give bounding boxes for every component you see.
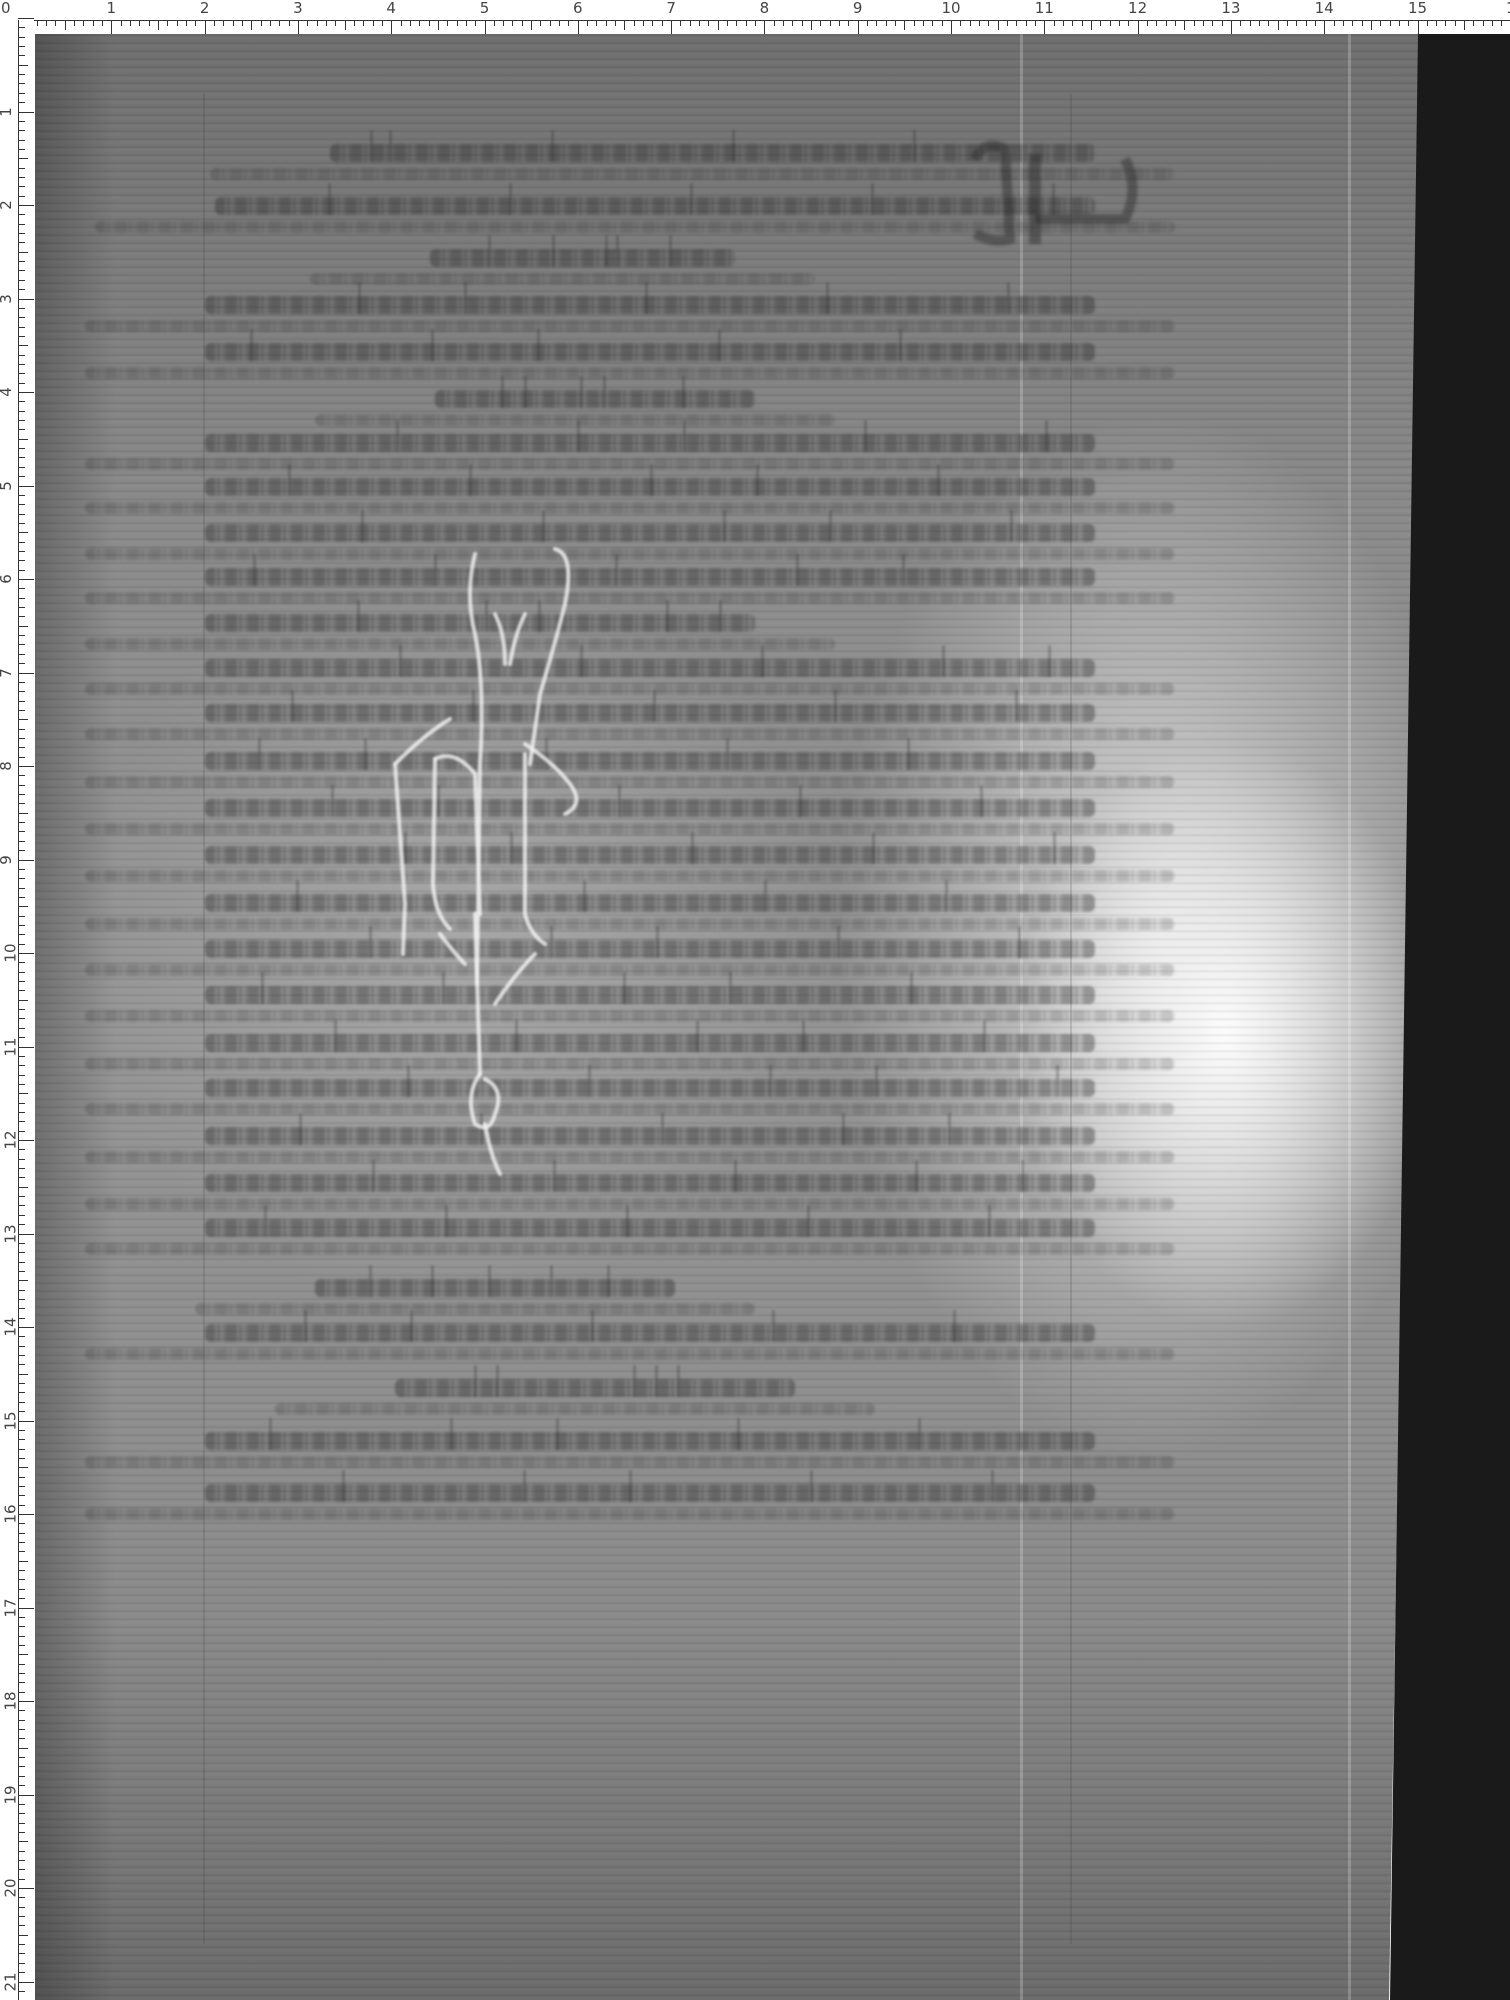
ascender-stroke: [937, 464, 940, 496]
ruler-tick: [158, 20, 159, 30]
ruler-label: 9: [853, 0, 863, 16]
ascender-stroke: [331, 785, 334, 817]
ruler-tick: [18, 1280, 28, 1281]
ruler-tick: [18, 925, 25, 926]
ruler-tick: [1082, 20, 1083, 26]
ruler-tick: [18, 1121, 25, 1122]
ascender-stroke: [253, 554, 256, 586]
ruler-tick: [979, 20, 980, 26]
ruler-tick: [18, 345, 28, 346]
ascender-stroke: [361, 510, 364, 542]
ruler-tick: [18, 420, 25, 421]
ruler-tick: [1464, 20, 1465, 30]
ruler-label: 15: [1408, 0, 1427, 16]
ascender-stroke: [501, 376, 504, 408]
ruler-tick: [18, 1355, 25, 1356]
ruler-tick: [485, 20, 486, 34]
ruler-label: 3: [293, 0, 303, 16]
show-through-text-line: [205, 1034, 1095, 1052]
ruler-tick: [18, 616, 25, 617]
ruler-label: 2: [200, 0, 210, 16]
top-ruler: 01234567891011121314151: [0, 0, 1510, 34]
ruler-tick: [457, 20, 458, 26]
ruler-tick: [18, 682, 25, 683]
ruler-tick: [18, 280, 25, 281]
ruler-tick: [18, 1299, 25, 1300]
ruler-tick: [18, 196, 25, 197]
show-through-text-line: [205, 940, 1095, 958]
ascender-stroke: [653, 690, 656, 722]
ascender-stroke: [431, 329, 434, 361]
ruler-tick: [18, 757, 25, 758]
ascender-stroke: [691, 832, 694, 864]
hand-with-flower-watermark: [365, 534, 645, 1294]
ruler-tick: [18, 644, 25, 645]
ruler-tick: [18, 598, 25, 599]
ruler-tick: [18, 916, 25, 917]
ruler-tick: [18, 1925, 25, 1926]
ascender-stroke: [1045, 420, 1048, 452]
faint-text-line: [315, 414, 835, 426]
ruler-tick: [18, 1766, 25, 1767]
ruler-label: 15: [3, 1411, 19, 1430]
faint-text-line: [85, 458, 1175, 470]
ascender-stroke: [258, 738, 261, 770]
ascender-stroke: [666, 600, 669, 632]
ascender-stroke: [983, 1020, 986, 1052]
ruler-tick: [18, 1841, 28, 1842]
ruler-tick: [522, 20, 523, 26]
ascender-stroke: [580, 376, 583, 408]
ruler-tick: [615, 20, 616, 26]
ruler-tick: [1119, 20, 1120, 26]
ruler-tick: [18, 205, 34, 206]
ruler-tick: [18, 1561, 28, 1562]
ascender-stroke: [807, 1205, 810, 1237]
ruler-tick: [1399, 20, 1400, 26]
ruler-label: 11: [3, 1037, 19, 1056]
show-through-text-line: [205, 568, 1095, 586]
ascender-stroke: [732, 130, 735, 162]
ruler-tick: [914, 20, 915, 26]
ruler-tick: [1334, 20, 1335, 26]
ruler-tick: [317, 20, 318, 26]
ruler-tick: [37, 20, 38, 26]
ruler-tick: [130, 20, 131, 26]
ruler-tick: [18, 18, 34, 19]
ruler-tick: [18, 1009, 25, 1010]
ruler-tick: [18, 327, 25, 328]
ruler-label: 3: [0, 294, 14, 304]
ruler-tick: [671, 20, 672, 34]
ruler-tick: [18, 1579, 25, 1580]
ruler-tick: [401, 20, 402, 26]
ruler-tick: [18, 1832, 25, 1833]
faint-text-line: [85, 1456, 1175, 1468]
ascender-stroke: [902, 554, 905, 586]
ruler-label: 4: [386, 0, 396, 16]
ruler-tick: [18, 252, 28, 253]
ruler-tick: [18, 1093, 28, 1094]
ruler-tick: [578, 20, 579, 34]
ruler-tick: [55, 20, 56, 26]
ascender-stroke: [496, 1365, 499, 1397]
ascender-stroke: [991, 1470, 994, 1502]
ascender-stroke: [761, 645, 764, 677]
ruler-tick: [718, 20, 719, 30]
ruler-tick: [904, 20, 905, 30]
ruler-tick: [18, 495, 25, 496]
ascender-stroke: [1048, 645, 1051, 677]
ruler-tick: [839, 20, 840, 26]
ascender-stroke: [837, 926, 840, 958]
ruler-tick: [18, 1533, 25, 1534]
faint-text-line: [85, 1348, 1175, 1360]
ruler-tick: [1250, 20, 1251, 26]
ruler-tick: [438, 20, 439, 30]
ruler-tick: [830, 20, 831, 26]
ruler-tick: [18, 719, 28, 720]
ruler-tick: [18, 673, 34, 674]
ruler-tick: [195, 20, 196, 26]
ascender-stroke: [945, 880, 948, 912]
show-through-text-line: [205, 1127, 1095, 1145]
ruler-tick: [18, 1486, 25, 1487]
ascender-stroke: [834, 690, 837, 722]
ruler-tick: [18, 1953, 25, 1954]
ruler-tick: [503, 20, 504, 26]
ruler-tick: [708, 20, 709, 26]
ruler-tick: [298, 20, 299, 34]
ruler-tick: [18, 1869, 25, 1870]
ruler-tick: [18, 1795, 34, 1796]
ruler-tick: [279, 20, 280, 26]
initial-capital: [955, 129, 1145, 279]
ruler-tick: [18, 785, 25, 786]
ruler-tick: [261, 20, 262, 26]
ruler-tick: [18, 1664, 25, 1665]
ruler-tick: [802, 20, 803, 26]
ruler-tick: [531, 20, 532, 30]
ruler-tick: [1501, 20, 1502, 26]
ruler-tick: [942, 20, 943, 26]
ruler-tick: [18, 476, 25, 477]
ruler-tick: [18, 1392, 25, 1393]
ruler-tick: [18, 729, 25, 730]
ascender-stroke: [1018, 926, 1021, 958]
ruler-tick: [1240, 20, 1241, 26]
ruler-tick: [18, 1000, 28, 1001]
ascender-stroke: [796, 554, 799, 586]
ruler-tick: [18, 448, 25, 449]
show-through-text-line: [205, 1432, 1095, 1450]
ruler-tick: [93, 20, 94, 26]
ruler-tick: [774, 20, 775, 26]
ruler-tick: [18, 803, 25, 804]
ruler-tick: [764, 20, 765, 34]
ruler-tick: [988, 20, 989, 26]
show-through-text-line: [205, 343, 1095, 361]
ruler-tick: [18, 336, 25, 337]
ascender-stroke: [942, 645, 945, 677]
ascender-stroke: [357, 600, 360, 632]
ruler-tick: [429, 20, 430, 26]
ruler-tick: [18, 906, 28, 907]
ascender-stroke: [556, 1418, 559, 1450]
ruler-tick: [18, 1888, 34, 1889]
ruler-tick: [18, 37, 25, 38]
chain-line: [1348, 34, 1351, 2000]
ruler-tick: [18, 65, 28, 66]
ruler-tick: [18, 1018, 25, 1019]
scanner-background-strip: [1390, 34, 1510, 2000]
show-through-text-line: [205, 296, 1095, 314]
ruler-label: 13: [1221, 0, 1240, 16]
ruler-tick: [18, 1654, 28, 1655]
ascender-stroke: [1053, 832, 1056, 864]
ruler-tick: [18, 140, 25, 141]
ruler-tick: [18, 775, 25, 776]
ruler-tick: [18, 1720, 25, 1721]
ruler-tick: [932, 20, 933, 26]
ruler-tick: [1492, 20, 1493, 26]
ascender-stroke: [683, 420, 686, 452]
ruler-tick: [382, 20, 383, 26]
ruler-tick: [65, 20, 66, 30]
ruler-tick: [1278, 20, 1279, 30]
ruler-tick: [1026, 20, 1027, 26]
ruler-tick: [18, 841, 25, 842]
ruler-tick: [1175, 20, 1176, 26]
ruler-label: 16: [3, 1504, 19, 1523]
show-through-text-line: [435, 390, 755, 408]
ruler-tick: [662, 20, 663, 26]
ruler-tick: [205, 20, 206, 34]
ascender-stroke: [655, 1365, 658, 1397]
ruler-tick: [391, 20, 392, 34]
ruler-tick: [447, 20, 448, 26]
ruler-tick: [18, 878, 25, 879]
left-ruler: 0123456789101112131415161718192021: [0, 0, 34, 2000]
ruler-tick: [18, 794, 25, 795]
faint-text-line: [275, 1403, 875, 1415]
ruler-tick: [139, 20, 140, 26]
show-through-text-line: [395, 1379, 795, 1397]
ruler-tick: [634, 20, 635, 26]
ascender-stroke: [304, 1310, 307, 1342]
ruler-tick: [18, 93, 25, 94]
show-through-text-line: [205, 1484, 1095, 1502]
ruler-tick: [18, 1140, 34, 1141]
ruler-tick: [18, 486, 34, 487]
ruler-tick: [18, 1963, 25, 1964]
ruler-tick: [18, 504, 25, 505]
ruler-tick: [876, 20, 877, 26]
ruler-label: 6: [573, 0, 583, 16]
ruler-tick: [18, 1542, 25, 1543]
faint-text-line: [85, 367, 1175, 379]
ruler-tick: [1473, 20, 1474, 26]
ruler-tick: [18, 214, 25, 215]
ruler-tick: [18, 1551, 25, 1552]
ascender-stroke: [737, 1418, 740, 1450]
ruler-tick: [1306, 20, 1307, 26]
ruler-tick: [18, 1234, 34, 1235]
ascender-stroke: [799, 785, 802, 817]
ruler-tick: [475, 20, 476, 26]
ruler-tick: [18, 1729, 25, 1730]
ascender-stroke: [633, 1365, 636, 1397]
ruler-tick: [1138, 20, 1139, 34]
ascender-stroke: [396, 420, 399, 452]
ascender-stroke: [264, 1205, 267, 1237]
ruler-tick: [18, 355, 25, 356]
ascender-stroke: [469, 464, 472, 496]
ruler-label: 17: [3, 1598, 19, 1617]
ruler-tick: [550, 20, 551, 26]
ruler-label: 8: [760, 0, 770, 16]
ruler-tick: [18, 429, 25, 430]
ruler-tick: [18, 663, 25, 664]
ascender-stroke: [288, 464, 291, 496]
ruler-tick: [18, 635, 25, 636]
ascender-stroke: [358, 282, 361, 314]
ruler-tick: [18, 532, 28, 533]
ascender-stroke: [690, 183, 693, 215]
faint-text-line: [310, 273, 815, 285]
ruler-tick: [1091, 20, 1092, 30]
ruler-tick: [699, 20, 700, 26]
ruler-tick: [18, 1215, 25, 1216]
ascender-stroke: [552, 235, 555, 267]
ruler-tick: [289, 20, 290, 26]
ruler-tick: [1231, 20, 1232, 34]
ascender-stroke: [677, 1365, 680, 1397]
ascender-stroke: [656, 926, 659, 958]
ascender-stroke: [980, 785, 983, 817]
ruler-tick: [419, 20, 420, 26]
ruler-tick: [18, 551, 25, 552]
ascender-stroke: [910, 972, 913, 1004]
ruler-tick: [18, 439, 28, 440]
ruler-tick: [18, 990, 25, 991]
ruler-tick: [1287, 20, 1288, 26]
ruler-tick: [18, 1421, 34, 1422]
ruler-tick: [895, 20, 896, 26]
ruler-tick: [624, 20, 625, 30]
ruler-tick: [1100, 20, 1101, 26]
ruler-tick: [18, 1290, 25, 1291]
ruler-tick: [18, 1626, 25, 1627]
ascender-stroke: [769, 1065, 772, 1097]
ascender-stroke: [605, 235, 608, 267]
ruler-label: 12: [3, 1130, 19, 1149]
ascender-stroke: [537, 329, 540, 361]
ruler-label: 2: [0, 200, 14, 210]
ruler-tick: [18, 74, 25, 75]
ruler-tick: [18, 1608, 34, 1609]
manuscript-scan: [35, 34, 1510, 2000]
ascender-stroke: [370, 130, 373, 162]
ruler-tick: [410, 20, 411, 26]
ruler-label: 21: [3, 1972, 19, 1991]
show-through-text-line: [205, 1324, 1095, 1342]
ruler-tick: [18, 579, 34, 580]
ascender-stroke: [591, 1310, 594, 1342]
ascender-stroke: [650, 464, 653, 496]
ascender-stroke: [682, 376, 685, 408]
ascender-stroke: [802, 1020, 805, 1052]
ruler-tick: [111, 20, 112, 34]
ruler-label: 8: [0, 761, 14, 771]
ruler-tick: [886, 20, 887, 26]
ruler-tick: [18, 1907, 25, 1908]
ruler-tick: [18, 401, 25, 402]
ascender-stroke: [577, 420, 580, 452]
ascender-stroke: [389, 130, 392, 162]
ruler-tick: [18, 1935, 28, 1936]
ascender-stroke: [328, 183, 331, 215]
ruler-tick: [18, 158, 28, 159]
ascender-stroke: [661, 1113, 664, 1145]
ruler-tick: [18, 130, 25, 131]
ruler-tick: [18, 373, 25, 374]
ruler-tick: [1035, 20, 1036, 26]
ruler-tick: [18, 1177, 25, 1178]
ascender-stroke: [410, 1310, 413, 1342]
ascender-stroke: [629, 1470, 632, 1502]
ruler-label: 11: [1035, 0, 1054, 16]
ruler-tick: [643, 20, 644, 26]
ruler-label: 0: [1, 0, 11, 16]
ruler-tick: [18, 1252, 25, 1253]
ruler-tick: [792, 20, 793, 26]
faint-text-line: [85, 1508, 1175, 1520]
ascender-stroke: [734, 1160, 737, 1192]
ascender-stroke: [250, 329, 253, 361]
ruler-tick: [1259, 20, 1260, 26]
ruler-label: 5: [480, 0, 490, 16]
ruler-tick: [18, 1823, 25, 1824]
ruler-tick: [1436, 20, 1437, 26]
ruler-tick: [568, 20, 569, 26]
ruler-tick: [466, 20, 467, 26]
ruler-tick: [1147, 20, 1148, 26]
ruler-label: 10: [941, 0, 960, 16]
ascender-stroke: [551, 130, 554, 162]
ruler-tick: [18, 83, 25, 84]
ruler-tick: [587, 20, 588, 26]
ruler-tick: [1212, 20, 1213, 26]
ruler-tick: [18, 1159, 25, 1160]
ruler-tick: [18, 1028, 25, 1029]
ruler-tick: [1016, 20, 1017, 26]
ruler-tick: [18, 168, 25, 169]
ruler-tick: [18, 27, 25, 28]
show-through-text-line: [205, 524, 1095, 542]
ruler-tick: [18, 560, 25, 561]
ruler-tick: [18, 691, 25, 692]
ruler-tick: [1156, 20, 1157, 26]
ascender-stroke: [899, 329, 902, 361]
ruler-tick: [18, 897, 25, 898]
ruler-tick: [18, 299, 34, 300]
ruler-tick: [18, 822, 25, 823]
ruler-tick: [18, 1682, 25, 1683]
ruler-tick: [18, 738, 25, 739]
ruler-tick: [18, 1776, 25, 1777]
ruler-label: 1: [1506, 0, 1510, 16]
